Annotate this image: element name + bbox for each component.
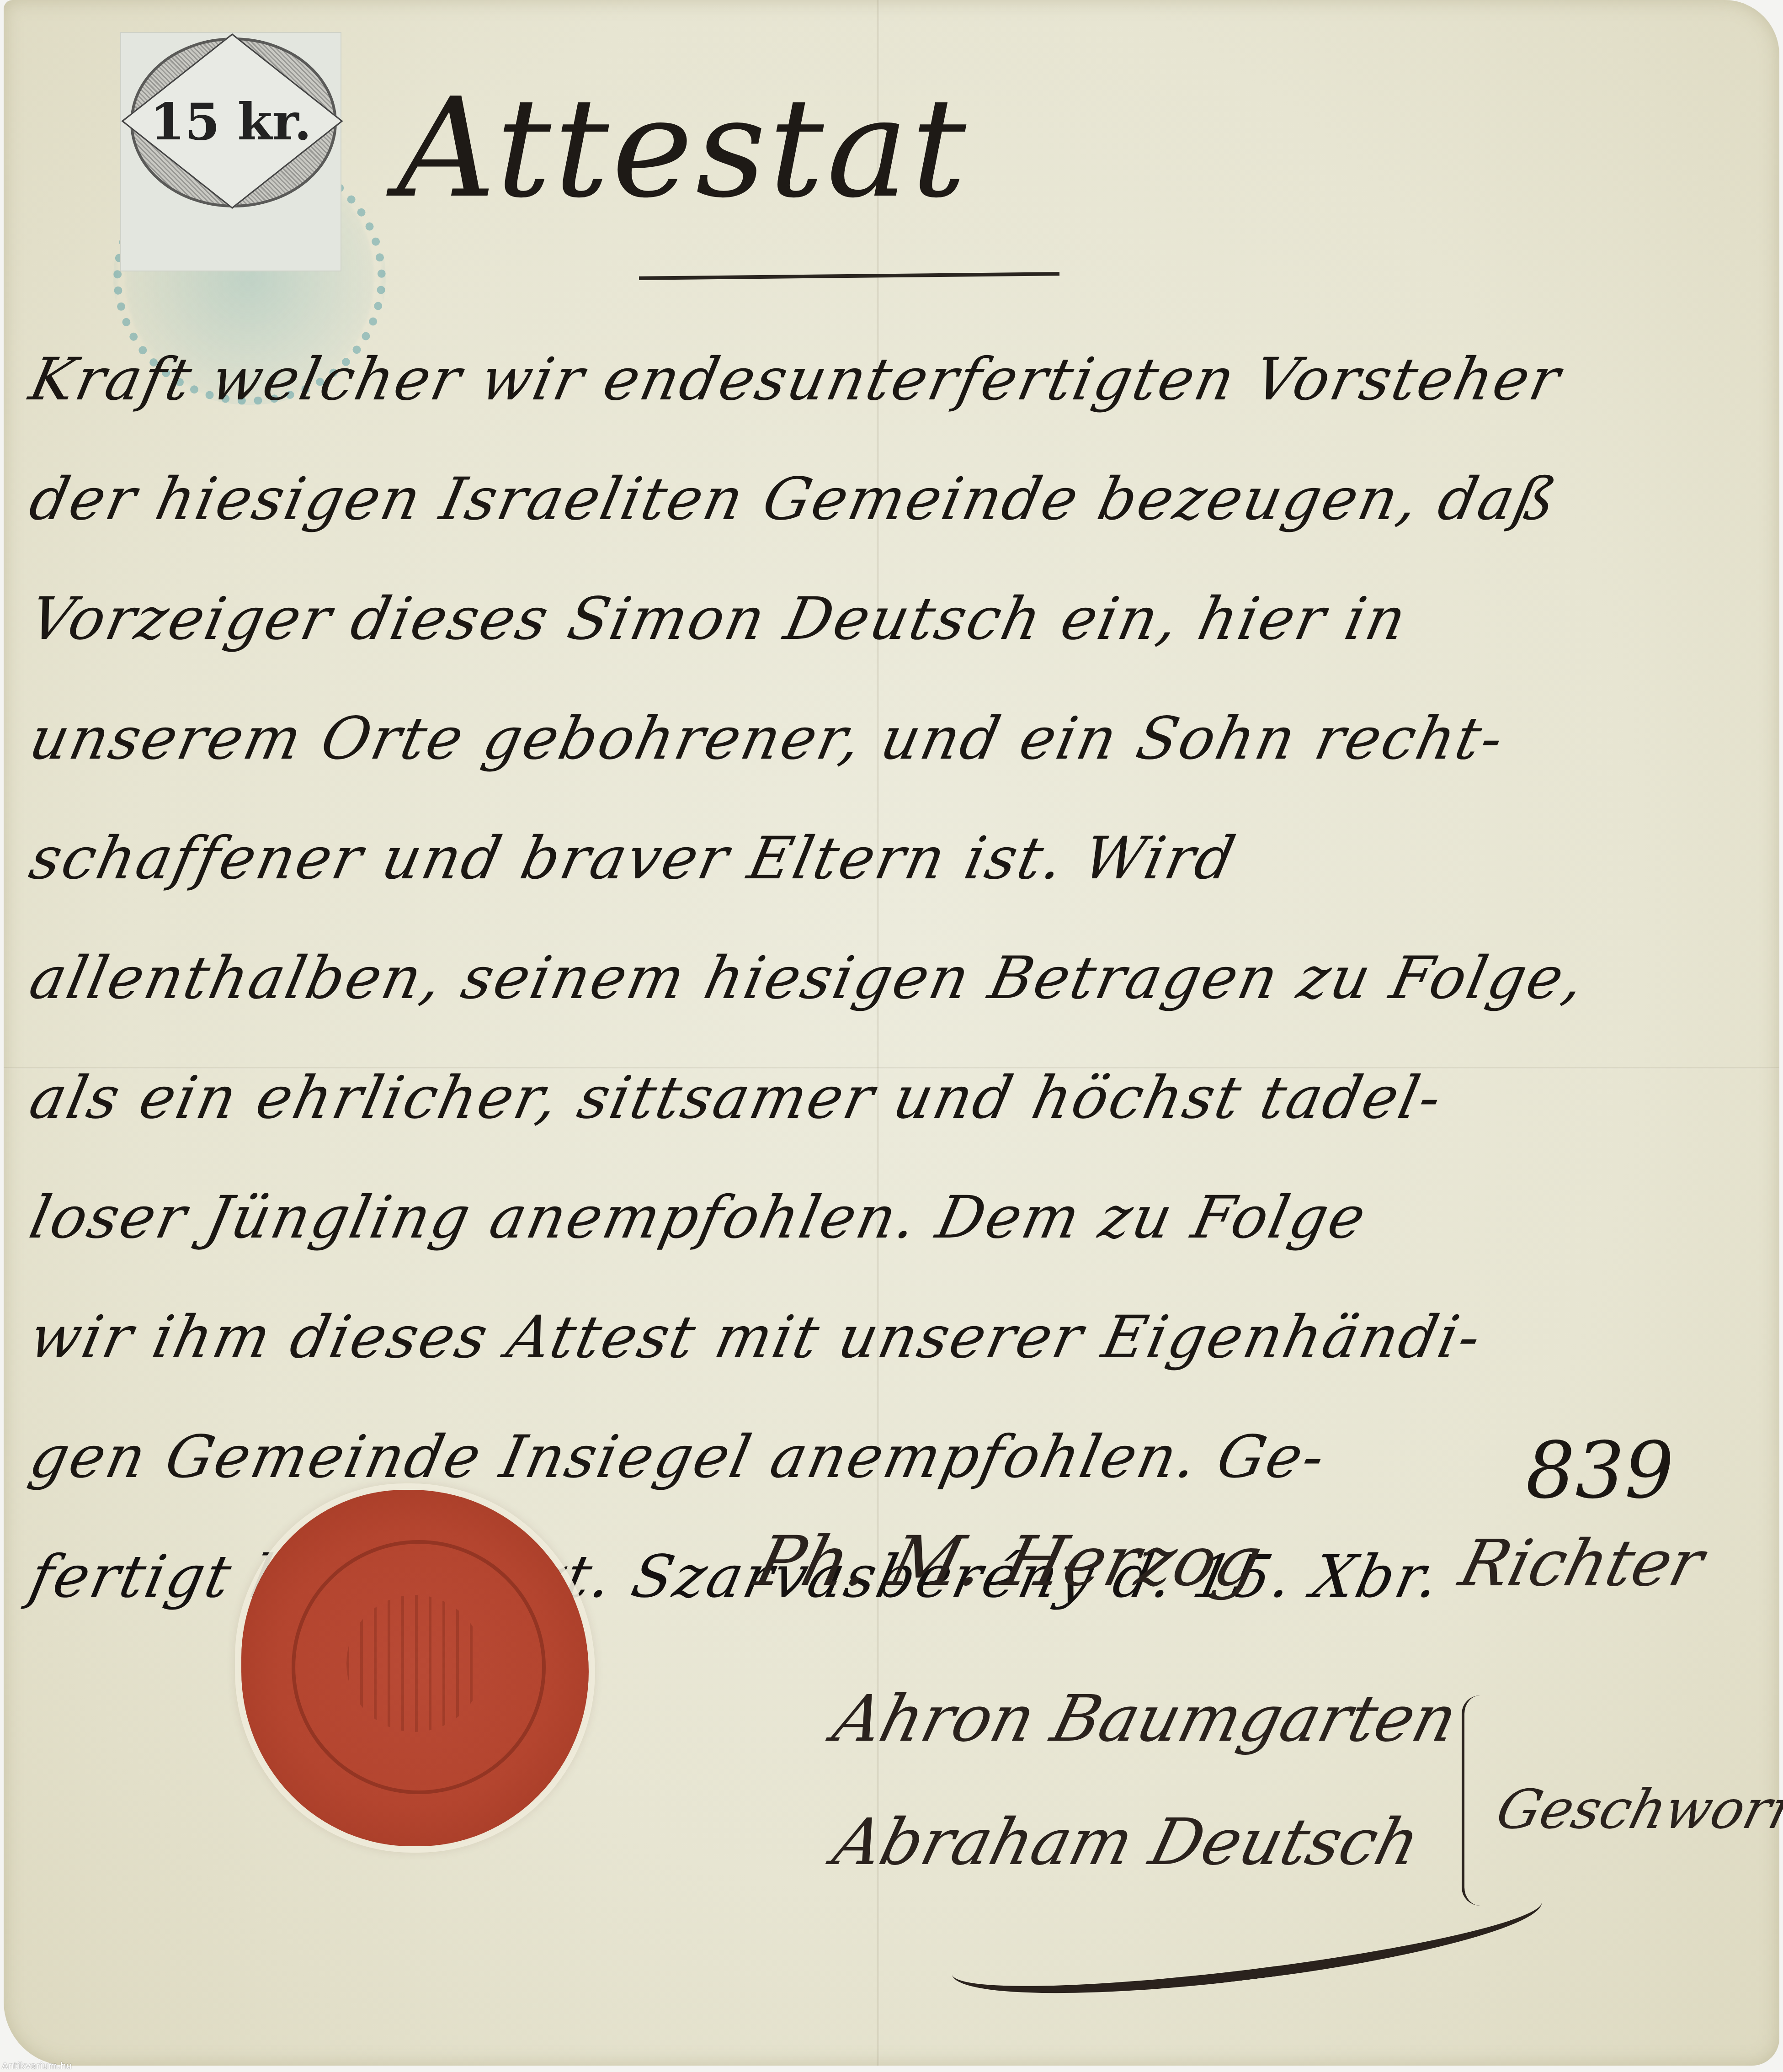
jurors-title: Geschworne: [1490, 1778, 1783, 1841]
title-underline: [639, 272, 1059, 280]
judge-signature: Ph. M. Herzog: [748, 1522, 1270, 1601]
judge-title: Richter: [1453, 1526, 1711, 1601]
document-sheet: 15 kr. Attestat Kraft welcher wir endesu…: [4, 0, 1779, 2066]
watermark: Antikvarium.hu: [2, 2060, 72, 2071]
year: 839: [1526, 1426, 1674, 1516]
juror-signature: Ahron Baumgarten: [826, 1682, 1464, 1756]
document-title: Attestat: [397, 69, 969, 228]
wax-seal: [241, 1490, 589, 1846]
body-line: gen Gemeinde Insiegel anempfohlen. Ge-: [18, 1397, 1762, 1517]
body-line: wir ihm dieses Attest mit unserer Eigenh…: [18, 1278, 1762, 1397]
body-line: als ein ehrlicher, sittsamer und höchst …: [18, 1038, 1762, 1158]
body-line: Kraft welcher wir endesunterfertigten Vo…: [18, 320, 1762, 440]
body-line: unserem Orte gebohrener, und ein Sohn re…: [18, 679, 1762, 799]
body-line: allenthalben, seinem hiesigen Betragen z…: [18, 919, 1762, 1038]
body-text: Kraft welcher wir endesunterfertigten Vo…: [31, 320, 1750, 1637]
body-line: Vorzeiger dieses Simon Deutsch ein, hier…: [18, 559, 1762, 679]
signature-flourish: [947, 1860, 1547, 2015]
body-line: loser Jüngling anempfohlen. Dem zu Folge: [18, 1158, 1762, 1278]
body-line: schaffener und braver Eltern ist. Wird: [18, 799, 1762, 919]
juror-signature: Abraham Deutsch: [826, 1805, 1427, 1880]
seal-emblem-icon: [346, 1595, 484, 1732]
stamp-value: 15 kr.: [121, 92, 341, 151]
body-line: der hiesigen Israeliten Gemeinde bezeuge…: [18, 440, 1762, 559]
revenue-stamp: 15 kr.: [120, 32, 341, 271]
